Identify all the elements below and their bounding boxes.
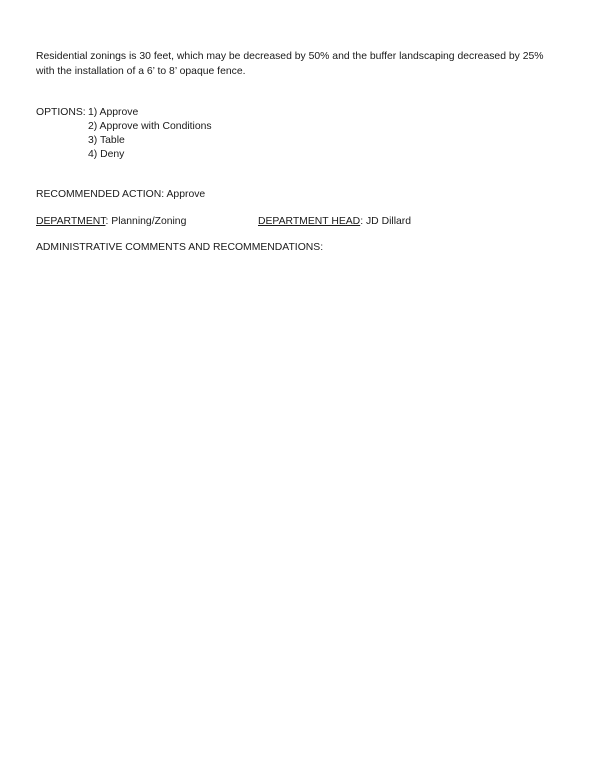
department-label: DEPARTMENT	[36, 216, 105, 227]
paragraph-line-1: Residential zonings is 30 feet, which ma…	[36, 50, 544, 64]
department-head-label: DEPARTMENT HEAD	[258, 216, 360, 227]
options-label: OPTIONS:	[36, 106, 86, 120]
recommended-action: RECOMMENDED ACTION: Approve	[36, 188, 205, 202]
department-head-value: JD Dillard	[366, 216, 411, 227]
option-item: 2) Approve with Conditions	[88, 120, 212, 134]
department-head: DEPARTMENT HEAD: JD Dillard	[258, 215, 411, 229]
department: DEPARTMENT: Planning/Zoning	[36, 215, 186, 229]
option-item: 3) Table	[88, 134, 125, 148]
department-value: Planning/Zoning	[111, 216, 186, 227]
recommended-action-label: RECOMMENDED ACTION:	[36, 189, 164, 200]
recommended-action-value: Approve	[167, 189, 206, 200]
administrative-comments-heading: ADMINISTRATIVE COMMENTS AND RECOMMENDATI…	[36, 241, 323, 255]
option-item: 4) Deny	[88, 148, 124, 162]
document-page: Residential zonings is 30 feet, which ma…	[0, 0, 600, 776]
paragraph-line-2: with the installation of a 6’ to 8’ opaq…	[36, 65, 246, 79]
option-item: 1) Approve	[88, 106, 138, 120]
